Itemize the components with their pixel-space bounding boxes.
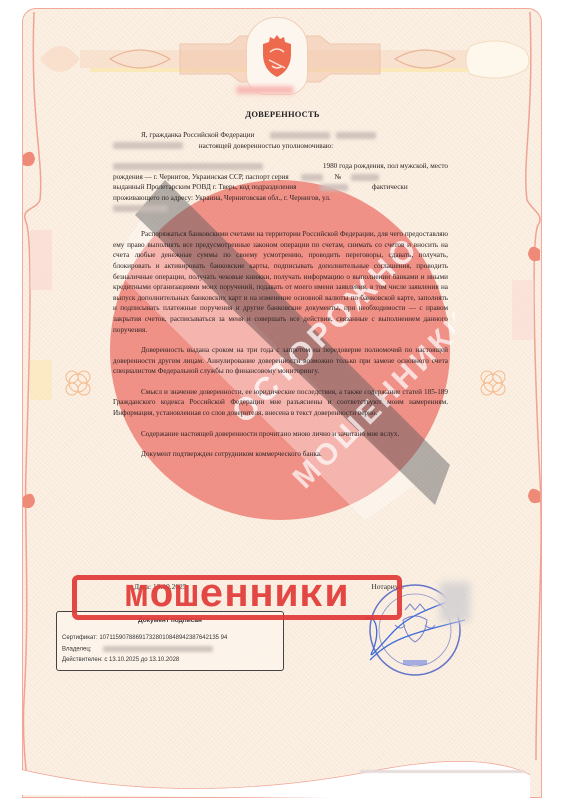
redacted-serial [236, 86, 294, 94]
attorney-birth-year: 1980 года рождения, пол мужской, место [323, 162, 448, 170]
crest-icon [260, 34, 294, 78]
passport-number-label: № [334, 173, 341, 181]
certificate-number: 107115907886917328010848942387642135 94 [99, 635, 227, 641]
attorney-line-1: 1980 года рождения, пол мужской, место [113, 161, 448, 172]
owner-row: Владелец: [62, 646, 213, 653]
document-title: ДОВЕРЕННОСТЬ [0, 109, 565, 119]
actual-residence-label: фактически [372, 183, 408, 191]
grantor-line-2: настоящей доверенностью уполномочиваю: [113, 141, 448, 152]
attorney-line-4: проживающего по адресу: Украина, Черниго… [113, 193, 448, 204]
redacted-grantor-details [113, 142, 183, 149]
footer-fine-print [360, 770, 525, 773]
redacted-notary-name [440, 582, 470, 622]
redacted-address [113, 205, 168, 212]
redacted-division-code [320, 184, 348, 191]
grantor-intro: Я, гражданка Российской Федерации [141, 131, 254, 139]
term-paragraph: Доверенность выдана сроком на три года с… [113, 345, 448, 377]
coat-of-arms-emblem [246, 17, 308, 95]
attorney-line-3: выданный Пролетарским РОВД г. Тверь, код… [113, 182, 448, 193]
read-aloud-paragraph: Содержание настоящей доверенности прочит… [113, 429, 448, 440]
redacted-passport-number [351, 174, 379, 181]
redacted-grantor-surname [336, 132, 376, 139]
redacted-owner-name [103, 646, 213, 652]
powers-paragraph: Распоряжаться банковскими счетами на тер… [113, 229, 448, 335]
bank-confirmation-paragraph: Документ подтвержден сотрудником коммерч… [113, 449, 448, 460]
attorney-birthplace: рождения — г. Чернигов, Украинская ССР, … [113, 173, 289, 181]
certificate-label: Сертификат: [62, 635, 98, 641]
redacted-grantor-name [270, 132, 330, 139]
owner-label: Владелец: [62, 647, 91, 653]
redacted-passport-series [301, 174, 323, 181]
validity-row: Действителен: с 13.10.2025 до 13.10.2028 [62, 657, 179, 663]
passport-issuer: выданный Пролетарским РОВД г. Тверь, код… [113, 183, 296, 191]
redacted-attorney-name [113, 163, 263, 170]
attorney-line-2: рождения — г. Чернигов, Украинская ССР, … [113, 172, 448, 183]
legal-meaning-paragraph: Смысл и значение доверенности, ее юридич… [113, 387, 448, 419]
document-body: Я, гражданка Российской Федерации настоя… [113, 130, 448, 460]
attorney-line-5 [113, 204, 448, 215]
certificate-row: Сертификат: 1071159078869173280108489423… [62, 635, 227, 641]
authorization-text: настоящей доверенностью уполномочиваю: [199, 142, 333, 150]
fraud-stamp-overlay: мошенники [72, 575, 402, 620]
grantor-line: Я, гражданка Российской Федерации [113, 130, 448, 141]
electronic-signature-box: Документ подписан Сертификат: 1071159078… [56, 611, 284, 671]
